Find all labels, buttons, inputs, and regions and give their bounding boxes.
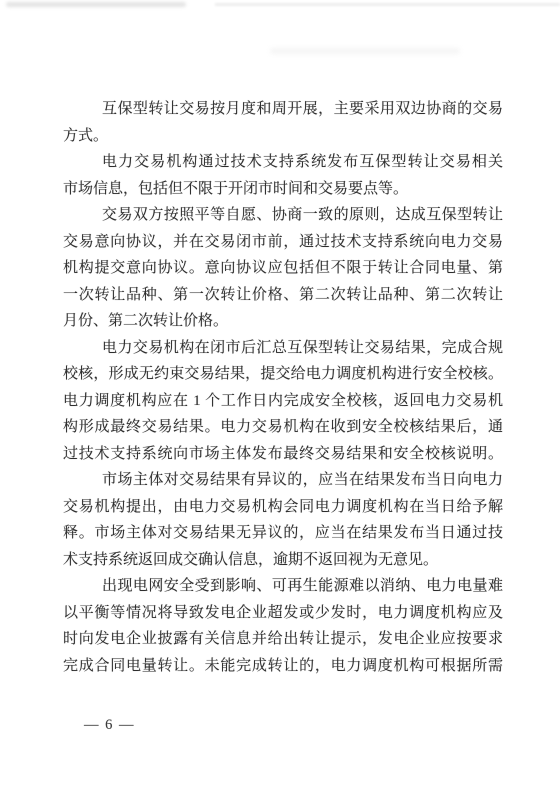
text-line: 一次转让品种、第一次转让价格、第二次转让品种、第二次转让: [63, 282, 503, 309]
text-line: 释。市场主体对交易结果无异议的，应当在结果发布当日通过技: [63, 520, 503, 547]
text-line: 电力调度机构应在 1 个工作日内完成安全校核，返回电力交易机: [63, 388, 503, 415]
document-body: 互保型转让交易按月度和周开展，主要采用双边协商的交易方式。电力交易机构通过技术支…: [63, 96, 503, 679]
text-line: 市场信息，包括但不限于开闭市时间和交易要点等。: [63, 176, 503, 203]
text-line: 构形成最终交易结果。电力交易机构在收到安全校核结果后，通: [63, 414, 503, 441]
text-line: 市场主体对交易结果有异议的，应当在结果发布当日向电力: [63, 467, 503, 494]
page-footer: — 6 —: [84, 714, 135, 736]
text-line: 交易双方按照平等自愿、协商一致的原则，达成互保型转让: [63, 202, 503, 229]
text-line: 方式。: [63, 123, 503, 150]
document-page: 互保型转让交易按月度和周开展，主要采用双边协商的交易方式。电力交易机构通过技术支…: [0, 0, 560, 792]
paragraph: 出现电网安全受到影响、可再生能源难以消纳、电力电量难以平衡等情况将导致发电企业超…: [63, 573, 503, 679]
text-line: 机构提交意向协议。意向协议应包括但不限于转让合同电量、第: [63, 255, 503, 282]
text-line: 时向发电企业披露有关信息并给出转让提示，发电企业应按要求: [63, 626, 503, 653]
paragraph: 电力交易机构通过技术支持系统发布互保型转让交易相关市场信息，包括但不限于开闭市时…: [63, 149, 503, 202]
paragraph: 互保型转让交易按月度和周开展，主要采用双边协商的交易方式。: [63, 96, 503, 149]
scan-artifact-top-left: [6, 2, 186, 7]
text-line: 互保型转让交易按月度和周开展，主要采用双边协商的交易: [63, 96, 503, 123]
text-line: 月份、第二次转让价格。: [63, 308, 503, 335]
text-line: 完成合同电量转让。未能完成转让的，电力调度机构可根据所需: [63, 653, 503, 680]
text-line: 交易机构提出，由电力交易机构会同电力调度机构在当日给予解: [63, 494, 503, 521]
text-line: 校核，形成无约束交易结果，提交给电力调度机构进行安全校核。: [63, 361, 503, 388]
text-line: 交易意向协议，并在交易闭市前，通过技术支持系统向电力交易: [63, 229, 503, 256]
text-line: 电力交易机构在闭市后汇总互保型转让交易结果，完成合规: [63, 335, 503, 362]
text-line: 出现电网安全受到影响、可再生能源难以消纳、电力电量难: [63, 573, 503, 600]
text-line: 过技术支持系统向市场主体发布最终交易结果和安全校核说明。: [63, 441, 503, 468]
page-number: — 6 —: [84, 717, 135, 733]
scan-artifact-top-line: [215, 3, 560, 6]
scan-artifact-bleedthrough: [270, 48, 460, 54]
paragraph: 市场主体对交易结果有异议的，应当在结果发布当日向电力交易机构提出，由电力交易机构…: [63, 467, 503, 573]
text-line: 以平衡等情况将导致发电企业超发或少发时，电力调度机构应及: [63, 600, 503, 627]
text-line: 电力交易机构通过技术支持系统发布互保型转让交易相关: [63, 149, 503, 176]
paragraph: 电力交易机构在闭市后汇总互保型转让交易结果，完成合规校核，形成无约束交易结果，提…: [63, 335, 503, 468]
paragraph: 交易双方按照平等自愿、协商一致的原则，达成互保型转让交易意向协议，并在交易闭市前…: [63, 202, 503, 335]
text-line: 术支持系统返回成交确认信息，逾期不返回视为无意见。: [63, 547, 503, 574]
